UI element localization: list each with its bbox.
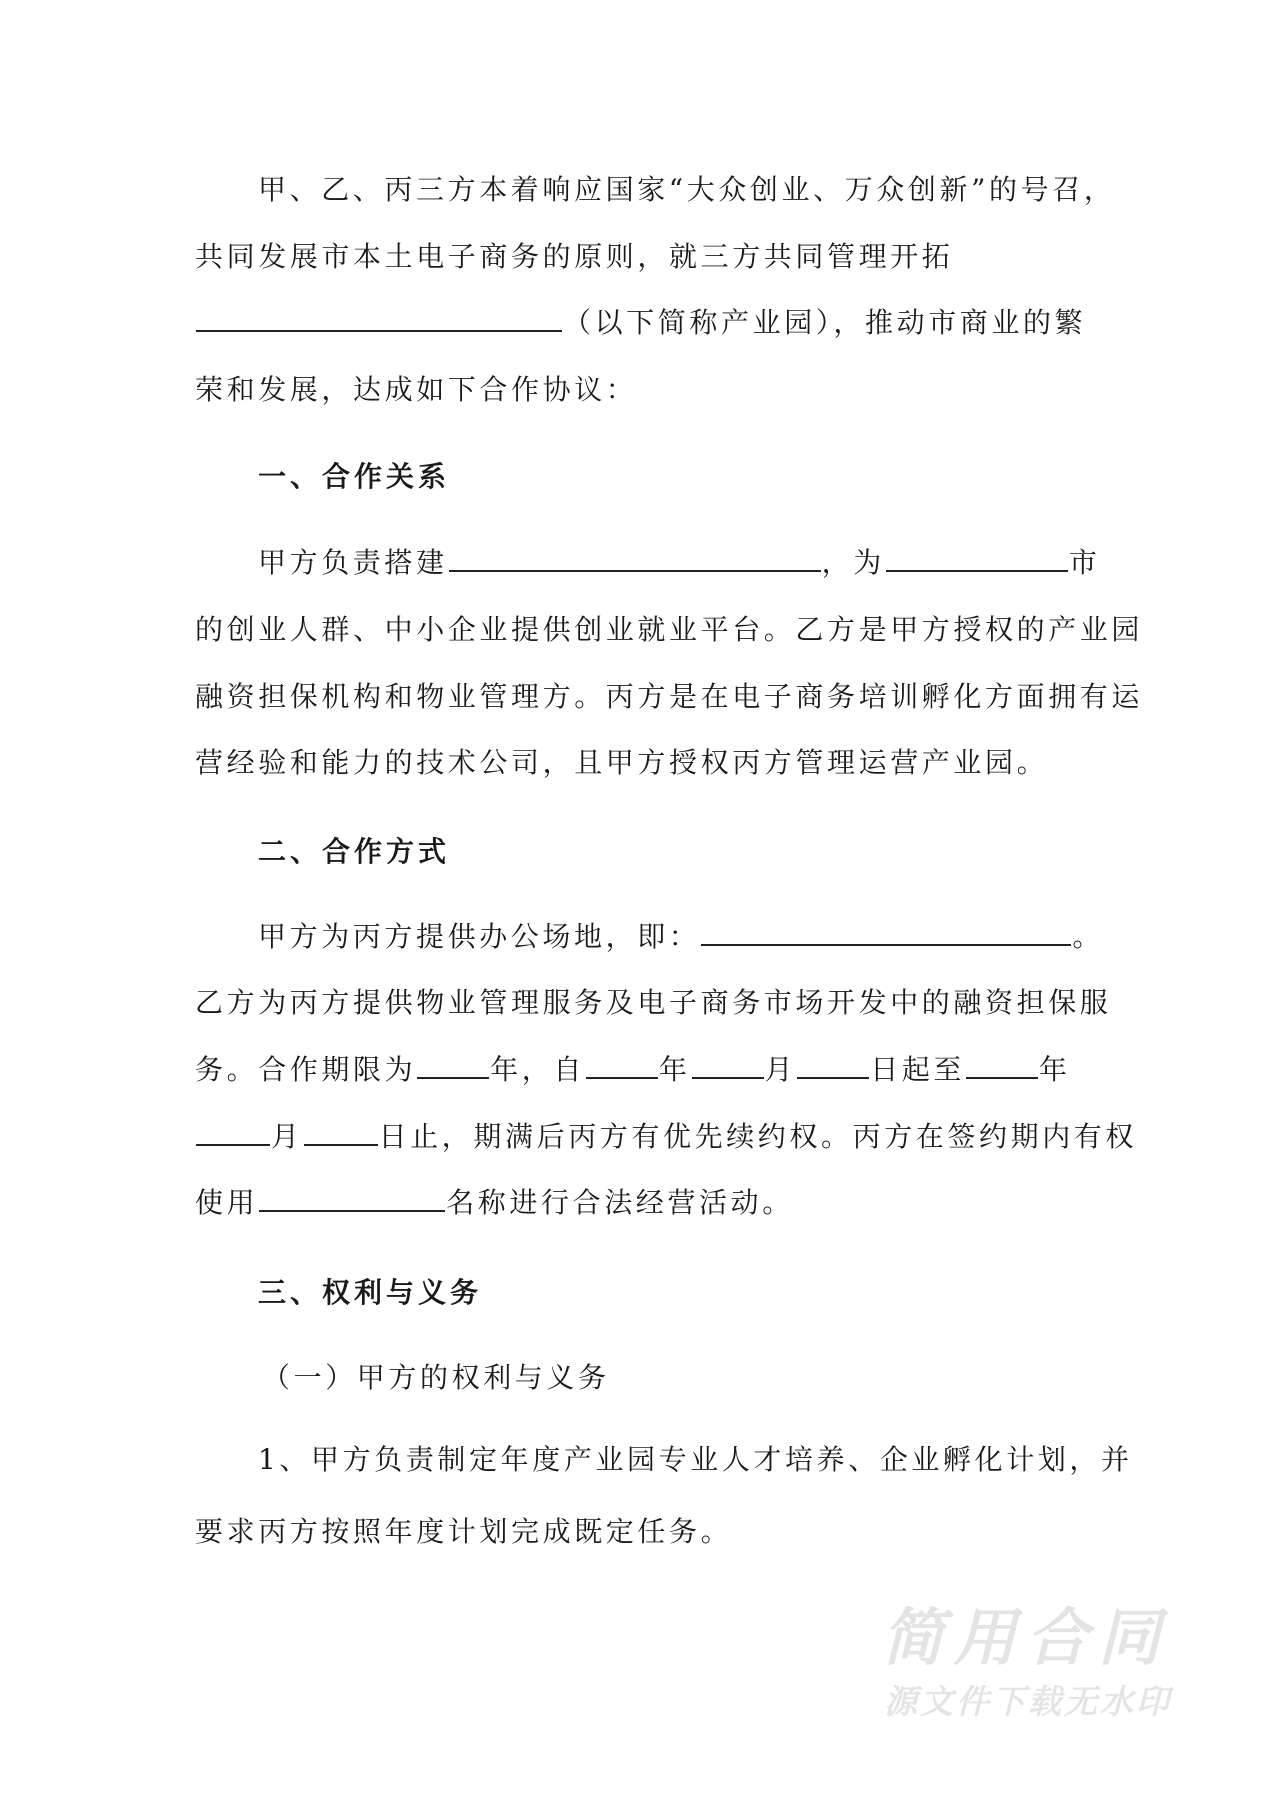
section3-item1-line1: 1、甲方负责制定年度产业园专业人才培养、企业孵化计划，并 [258,1440,1088,1480]
section2-line-2: 乙方为丙方提供物业管理服务及电子商务市场开发中的融资担保服 [195,983,1087,1023]
blank-start-year[interactable] [586,1051,658,1079]
blank-end-month[interactable] [196,1118,270,1146]
section2-text-l1b: 。 [1072,920,1104,953]
intro-line-3: （以下简称产业园），推动市商业的繁 [195,303,1087,343]
section1-line-4: 营经验和能力的技术公司，且甲方授权丙方管理运营产业园。 [195,743,1087,783]
section2-line-3: 务。合作期限为年，自年月日起至年 [195,1050,1087,1090]
document-page: 甲、乙、丙三方本着响应国家“大众创业、万众创新”的号召， 共同发展市本土电子商务… [0,0,1280,1810]
blank-platform[interactable] [449,544,821,572]
intro-line-3-text: （以下简称产业园），推动市商业的繁 [563,306,1086,339]
section2-text-l4b: 日止，期满后丙方有优先续约权。丙方在签约期内有权 [379,1120,1137,1153]
section2-text-l3c: 年 [659,1053,691,1086]
watermark-subtitle: 源文件下载无水印 [884,1676,1172,1723]
section1-text-a: 甲方负责搭建 [258,546,448,579]
intro-line-4: 荣和发展，达成如下合作协议： [195,370,1087,410]
section1-line-3: 融资担保机构和物业管理方。丙方是在电子商务培训孵化方面拥有运 [195,677,1087,717]
watermark-title: 简用合同 [882,1588,1170,1677]
intro-line-2: 共同发展市本土电子商务的原则，就三方共同管理开拓 [195,237,1087,277]
blank-start-month[interactable] [692,1051,764,1079]
section2-text-l3d: 月 [765,1053,797,1086]
section2-text-l3b: 年，自 [490,1053,585,1086]
blank-city[interactable] [886,544,1068,572]
blank-term-years[interactable] [417,1051,489,1079]
blank-end-day[interactable] [304,1118,378,1146]
section3-subheading: （一）甲方的权利与义务 [262,1358,1092,1398]
section-heading-3: 三、权利与义务 [258,1273,1150,1313]
blank-office-address[interactable] [701,918,1071,946]
intro-line-1: 甲、乙、丙三方本着响应国家“大众创业、万众创新”的号召， [258,170,1088,210]
section1-text-b: ，为 [822,546,885,579]
section2-line-5: 使用名称进行合法经营活动。 [195,1183,1087,1223]
section2-text-l3a: 务。合作期限为 [195,1053,416,1086]
blank-park-name[interactable] [196,304,562,332]
section2-text-l1a: 甲方为丙方提供办公场地，即： [258,920,700,953]
section2-text-l5b: 名称进行合法经营活动。 [446,1186,794,1219]
section2-line-1: 甲方为丙方提供办公场地，即：。 [258,917,1088,957]
blank-end-year[interactable] [966,1051,1038,1079]
section-heading-1: 一、合作关系 [258,457,1150,497]
section2-text-l3e: 日起至 [870,1053,965,1086]
section2-text-l5a: 使用 [195,1186,258,1219]
section1-line-2: 的创业人群、中小企业提供创业就业平台。乙方是甲方授权的产业园 [195,610,1087,650]
section2-line-4: 月日止，期满后丙方有优先续约权。丙方在签约期内有权 [195,1117,1087,1157]
section3-item1-line2: 要求丙方按照年度计划完成既定任务。 [195,1512,1087,1552]
blank-start-day[interactable] [797,1051,869,1079]
section2-text-l3f: 年 [1039,1053,1071,1086]
section1-text-c: 市 [1069,546,1101,579]
blank-business-name[interactable] [259,1184,445,1212]
section2-text-l4a: 月 [271,1120,303,1153]
section1-line-1: 甲方负责搭建，为市 [258,543,1088,583]
section-heading-2: 二、合作方式 [258,832,1150,872]
